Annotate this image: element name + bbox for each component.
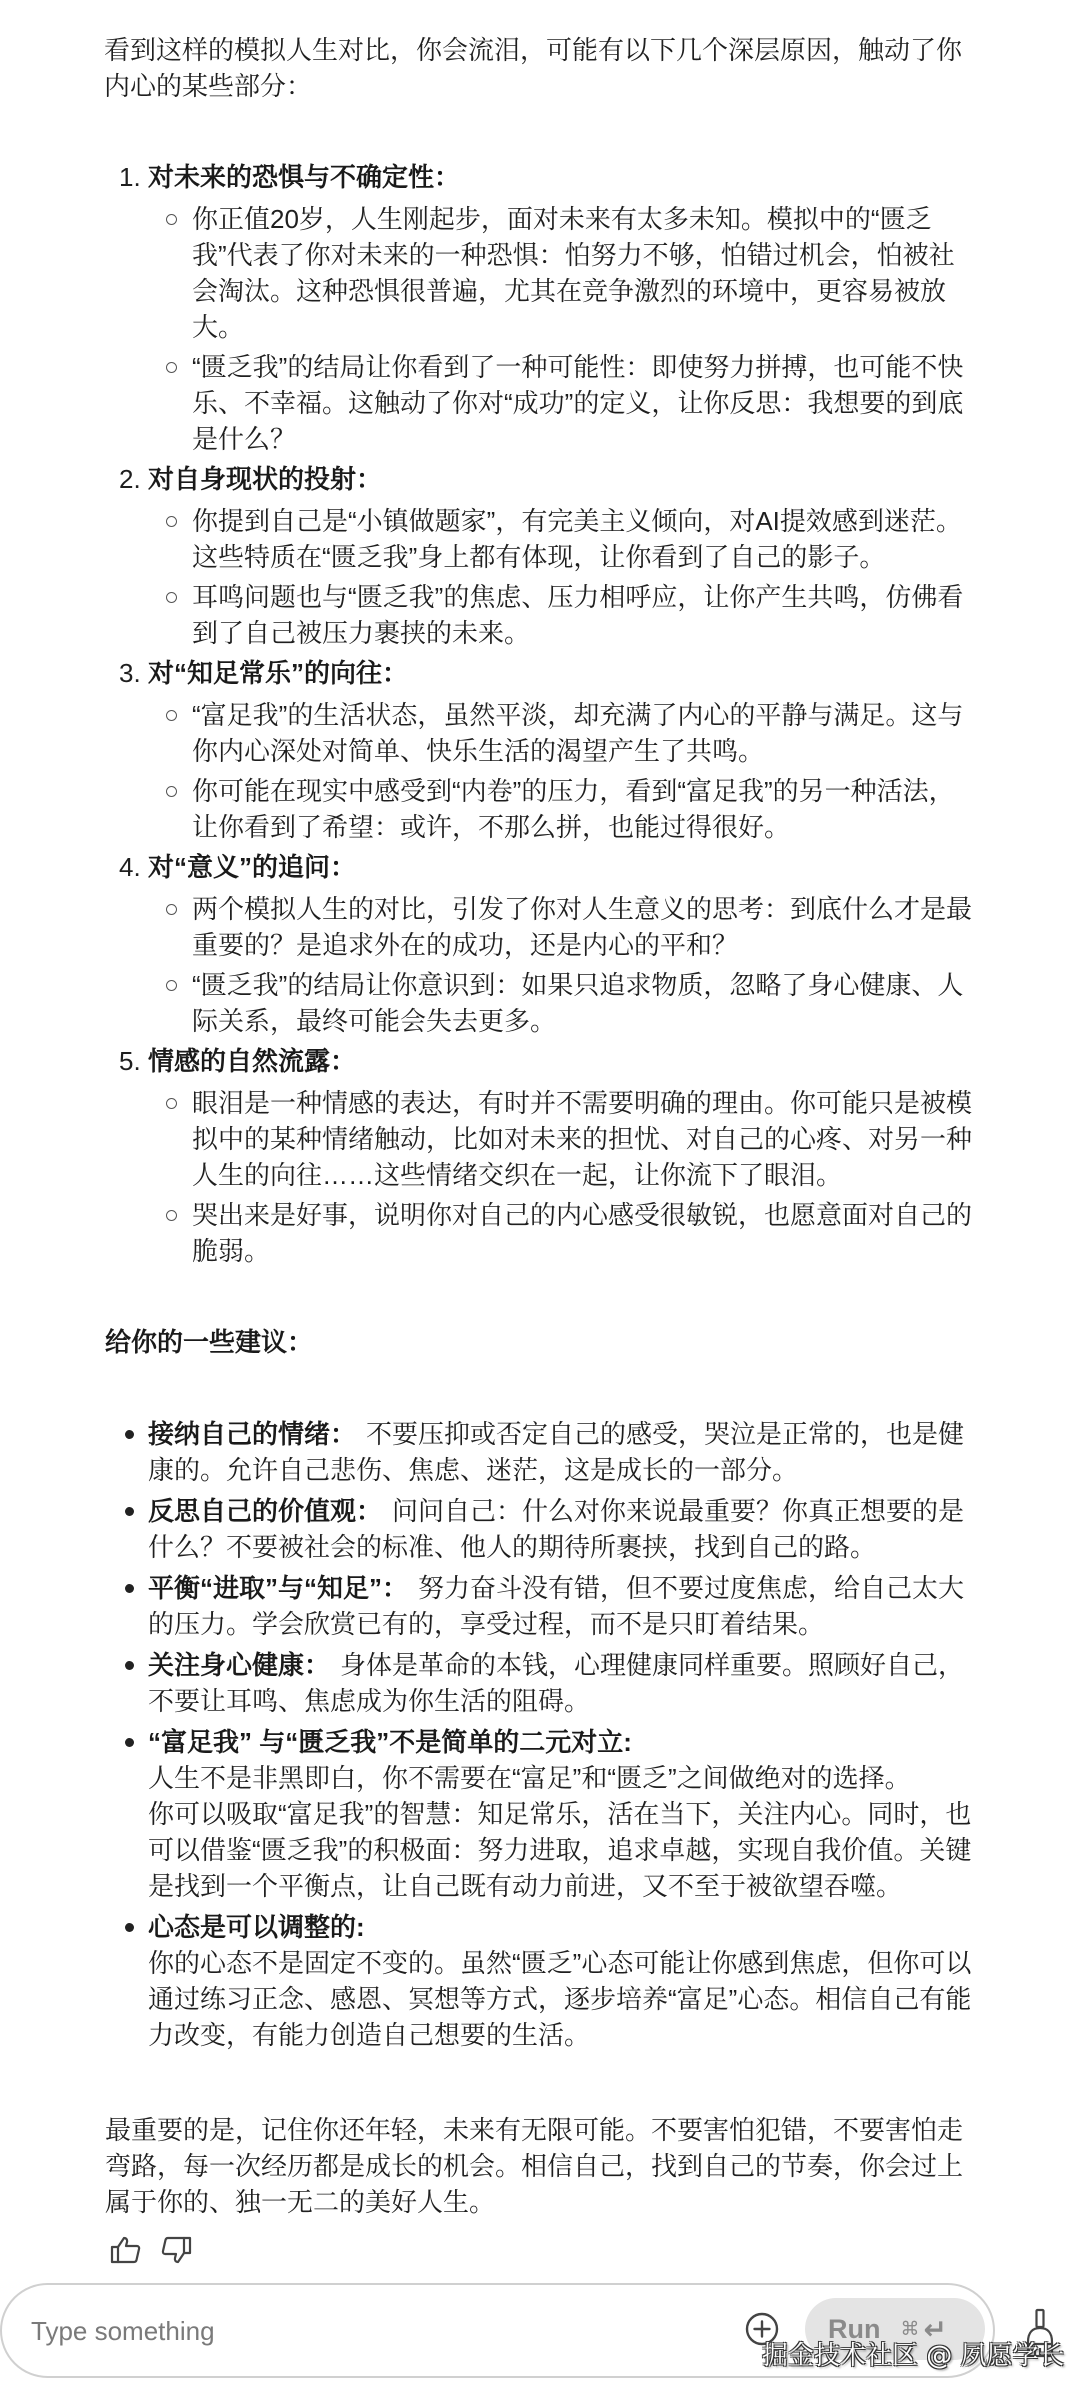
sub-list-item: “富足我”的生活状态，虽然平淡，却充满了内心的平静与满足。这与 你内心深处对简单… — [0, 697, 1080, 769]
bullet-icon — [125, 1584, 134, 1593]
bullet-icon — [125, 1430, 134, 1439]
hollow-bullet-icon — [166, 1098, 177, 1109]
sub-list: 你提到自己是“小镇做题家”，有完美主义倾向，对AI提效感到迷茫。 这些特质在“匮… — [0, 503, 1080, 651]
text-line: 属于你的、独一无二的美好人生。 — [105, 2184, 1080, 2220]
sub-list-item: 你提到自己是“小镇做题家”，有完美主义倾向，对AI提效感到迷茫。 这些特质在“匮… — [0, 503, 1080, 575]
sub-list-item: “匮乏我”的结局让你看到了一种可能性：即使努力拼搏，也可能不快 乐、不幸福。这触… — [0, 349, 1080, 457]
suggestions-list: 接纳自己的情绪：不要压抑或否定自己的感受，哭泣是正常的，也是健 康的。允许自己悲… — [0, 1416, 1080, 2053]
reason-item: 3. 对“知足常乐”的向往： “富足我”的生活状态，虽然平淡，却充满了内心的平静… — [0, 655, 1080, 845]
text-line: 你的心态不是固定不变的。虽然“匮乏”心态可能让你感到焦虑，但你可以 — [148, 1945, 1080, 1981]
suggestion-item: 平衡“进取”与“知足”：努力奋斗没有错，但不要过度焦虑，给自己太大 的压力。学会… — [0, 1570, 1080, 1642]
hollow-bullet-icon — [166, 362, 177, 373]
suggestion-item: 心态是可以调整的: 你的心态不是固定不变的。虽然“匮乏”心态可能让你感到焦虑，但… — [0, 1909, 1080, 2053]
suggestion-label: 平衡“进取”与“知足”： — [148, 1573, 408, 1603]
text-line: 人生不是非黑即白，你不需要在“富足”和“匮乏”之间做绝对的选择。 — [148, 1760, 1080, 1796]
text-line: “匮乏我”的结局让你意识到：如果只追求物质，忽略了身心健康、人 — [192, 967, 1080, 1003]
suggestion-label: 接纳自己的情绪： — [148, 1419, 356, 1449]
sub-list-item: 哭出来是好事，说明你对自己的内心感受很敏锐，也愿意面对自己的 脆弱。 — [0, 1197, 1080, 1269]
list-number: 2. — [119, 461, 141, 497]
text-line: 可以借鉴“匮乏我”的积极面：努力进取，追求卓越，实现自我价值。关键 — [148, 1832, 1080, 1868]
command-key-icon: ⌘ — [900, 2318, 919, 2340]
text-line: 不要压抑或否定自己的感受，哭泣是正常的，也是健 — [366, 1419, 964, 1449]
bullet-icon — [125, 1738, 134, 1747]
reason-title: 对自身现状的投射： — [148, 461, 1080, 497]
reason-item: 2. 对自身现状的投射： 你提到自己是“小镇做题家”，有完美主义倾向，对AI提效… — [0, 461, 1080, 651]
reason-item: 4. 对“意义”的追问： 两个模拟人生的对比，引发了你对人生意义的思考：到底什么… — [0, 849, 1080, 1039]
sub-list-item: “匮乏我”的结局让你意识到：如果只追求物质，忽略了身心健康、人 际关系，最终可能… — [0, 967, 1080, 1039]
enter-key-icon: ↵ — [923, 2313, 946, 2346]
text-line: 通过练习正念、感恩、冥想等方式，逐步培养“富足”心态。相信自己有能 — [148, 1981, 1080, 2017]
sub-list: “富足我”的生活状态，虽然平淡，却充满了内心的平静与满足。这与 你内心深处对简单… — [0, 697, 1080, 845]
hollow-bullet-icon — [166, 214, 177, 225]
reason-title: 对未来的恐惧与不确定性： — [148, 159, 1080, 195]
plus-circle-icon — [745, 2312, 779, 2346]
text-line: 我”代表了你对未来的一种恐惧：怕努力不够，怕错过机会，怕被社 — [192, 237, 1080, 273]
text-line: 你正值20岁，人生刚起步，面对未来有太多未知。模拟中的“匮乏 — [192, 201, 1080, 237]
bullet-icon — [125, 1507, 134, 1516]
text-line: 最重要的是，记住你还年轻，未来有无限可能。不要害怕犯错，不要害怕走 — [105, 2112, 1080, 2148]
sub-list: 两个模拟人生的对比，引发了你对人生意义的思考：到底什么才是最 重要的？是追求外在… — [0, 891, 1080, 1039]
text-line: 看到这样的模拟人生对比，你会流泪，可能有以下几个深层原因，触动了你 — [104, 32, 1080, 68]
suggestion-label: 心态是可以调整的: — [148, 1909, 1070, 1945]
hollow-bullet-icon — [166, 592, 177, 603]
sub-list-item: 你可能在现实中感受到“内卷”的压力，看到“富足我”的另一种活法， 让你看到了希望… — [0, 773, 1080, 845]
hollow-bullet-icon — [166, 786, 177, 797]
text-line: 努力奋斗没有错，但不要过度焦虑，给自己太大 — [418, 1573, 964, 1603]
text-line: 你内心深处对简单、快乐生活的渴望产生了共鸣。 — [192, 733, 1080, 769]
bullet-icon — [125, 1923, 134, 1932]
suggestion-label: 关注身心健康： — [148, 1650, 330, 1680]
text-line: 乐、不幸福。这触动了你对“成功”的定义，让你反思：我想要的到底 — [192, 385, 1080, 421]
run-label: Run — [828, 2314, 880, 2345]
text-line: 康的。允许自己悲伤、焦虑、迷茫，这是成长的一部分。 — [148, 1452, 1080, 1488]
thumbs-up-button[interactable] — [110, 2234, 142, 2266]
bullet-icon — [125, 1661, 134, 1670]
sub-list-item: 两个模拟人生的对比，引发了你对人生意义的思考：到底什么才是最 重要的？是追求外在… — [0, 891, 1080, 963]
text-line: 大。 — [192, 309, 1080, 345]
text-line: 拟中的某种情绪触动，比如对未来的担忧、对自己的心疼、对另一种 — [192, 1121, 1080, 1157]
clear-chat-button[interactable] — [1024, 2308, 1056, 2360]
sub-list: 眼泪是一种情感的表达，有时并不需要明确的理由。你可能只是被模 拟中的某种情绪触动… — [0, 1085, 1080, 1269]
add-attachment-button[interactable] — [745, 2312, 779, 2346]
text-line: “匮乏我”的结局让你看到了一种可能性：即使努力拼搏，也可能不快 — [192, 349, 1080, 385]
reason-title: 对“知足常乐”的向往： — [148, 655, 1080, 691]
text-line: 是什么？ — [192, 421, 1080, 457]
list-number: 4. — [119, 849, 141, 885]
reason-item: 1. 对未来的恐惧与不确定性： 你正值20岁，人生刚起步，面对未来有太多未知。模… — [0, 159, 1080, 457]
reasons-list: 1. 对未来的恐惧与不确定性： 你正值20岁，人生刚起步，面对未来有太多未知。模… — [0, 159, 1080, 1269]
text-line: 两个模拟人生的对比，引发了你对人生意义的思考：到底什么才是最 — [192, 891, 1080, 927]
list-number: 5. — [119, 1043, 141, 1079]
sub-list: 你正值20岁，人生刚起步，面对未来有太多未知。模拟中的“匮乏 我”代表了你对未来… — [0, 201, 1080, 457]
hollow-bullet-icon — [166, 516, 177, 527]
text-line: 你可以吸取“富足我”的智慧：知足常乐，活在当下，关注内心。同时，也 — [148, 1796, 1080, 1832]
list-number: 3. — [119, 655, 141, 691]
text-line: 内心的某些部分： — [104, 68, 1080, 104]
thumbs-down-icon — [160, 2234, 192, 2266]
text-line: 是找到一个平衡点，让自己既有动力前进，又不至于被欲望吞噬。 — [148, 1868, 1080, 1904]
intro-paragraph: 看到这样的模拟人生对比，你会流泪，可能有以下几个深层原因，触动了你 内心的某些部… — [0, 32, 1080, 104]
thumbs-up-icon — [110, 2234, 142, 2266]
suggestion-label: 反思自己的价值观： — [148, 1496, 382, 1526]
run-button[interactable]: Run ⌘ ↵ — [805, 2298, 985, 2360]
suggestion-item: 接纳自己的情绪：不要压抑或否定自己的感受，哭泣是正常的，也是健 康的。允许自己悲… — [0, 1416, 1080, 1488]
text-line: 会淘汰。这种恐惧很普遍，尤其在竞争激烈的环境中，更容易被放 — [192, 273, 1080, 309]
text-line: “富足我”的生活状态，虽然平淡，却充满了内心的平静与满足。这与 — [192, 697, 1080, 733]
sub-list-item: 眼泪是一种情感的表达，有时并不需要明确的理由。你可能只是被模 拟中的某种情绪触动… — [0, 1085, 1080, 1193]
sub-list-item: 你正值20岁，人生刚起步，面对未来有太多未知。模拟中的“匮乏 我”代表了你对未来… — [0, 201, 1080, 345]
text-line: 你可能在现实中感受到“内卷”的压力，看到“富足我”的另一种活法， — [192, 773, 1080, 809]
hollow-bullet-icon — [166, 980, 177, 991]
sub-list-item: 耳鸣问题也与“匮乏我”的焦虑、压力相呼应，让你产生共鸣，仿佛看 到了自己被压力裹… — [0, 579, 1080, 651]
text-line: 问问自己：什么对你来说最重要？你真正想要的是 — [392, 1496, 964, 1526]
hollow-bullet-icon — [166, 710, 177, 721]
text-line: 的压力。学会欣赏已有的，享受过程，而不是只盯着结果。 — [148, 1606, 1080, 1642]
text-line: 弯路，每一次经历都是成长的机会。相信自己，找到自己的节奏，你会过上 — [105, 2148, 1080, 2184]
text-line: 重要的？是追求外在的成功，还是内心的平和？ — [192, 927, 1080, 963]
reason-item: 5. 情感的自然流露： 眼泪是一种情感的表达，有时并不需要明确的理由。你可能只是… — [0, 1043, 1080, 1269]
text-line: 这些特质在“匮乏我”身上都有体现，让你看到了自己的影子。 — [192, 539, 1080, 575]
text-line: 什么？不要被社会的标准、他人的期待所裹挟，找到自己的路。 — [148, 1529, 1080, 1565]
feedback-actions — [110, 2234, 192, 2266]
text-line: 你提到自己是“小镇做题家”，有完美主义倾向，对AI提效感到迷茫。 — [192, 503, 1080, 539]
reason-title: 对“意义”的追问： — [148, 849, 1080, 885]
reason-title: 情感的自然流露： — [148, 1043, 1080, 1079]
suggestion-item: “富足我” 与“匮乏我”不是简单的二元对立: 人生不是非黑即白，你不需要在“富足… — [0, 1724, 1080, 1904]
text-line: 耳鸣问题也与“匮乏我”的焦虑、压力相呼应，让你产生共鸣，仿佛看 — [192, 579, 1080, 615]
text-line: 不要让耳鸣、焦虑成为你生活的阻碍。 — [148, 1683, 1080, 1719]
text-line: 人生的向往……这些情绪交织在一起，让你流下了眼泪。 — [192, 1157, 1080, 1193]
broom-icon — [1024, 2308, 1056, 2360]
text-line: 到了自己被压力裹挟的未来。 — [192, 615, 1080, 651]
list-number: 1. — [119, 159, 141, 195]
text-line: 眼泪是一种情感的表达，有时并不需要明确的理由。你可能只是被模 — [192, 1085, 1080, 1121]
text-line: 际关系，最终可能会失去更多。 — [192, 1003, 1080, 1039]
suggestion-item: 反思自己的价值观：问问自己：什么对你来说最重要？你真正想要的是 什么？不要被社会… — [0, 1493, 1080, 1565]
hollow-bullet-icon — [166, 1210, 177, 1221]
chat-response: 看到这样的模拟人生对比，你会流泪，可能有以下几个深层原因，触动了你 内心的某些部… — [0, 32, 1080, 2220]
text-line: 力改变，有能力创造自己想要的生活。 — [148, 2017, 1080, 2053]
message-input[interactable] — [31, 2313, 731, 2349]
suggestion-label: “富足我” 与“匮乏我”不是简单的二元对立: — [148, 1724, 1070, 1760]
text-line: 让你看到了希望：或许，不那么拼，也能过得很好。 — [192, 809, 1080, 845]
text-line: 身体是革命的本钱，心理健康同样重要。照顾好自己， — [340, 1650, 964, 1680]
closing-paragraph: 最重要的是，记住你还年轻，未来有无限可能。不要害怕犯错，不要害怕走 弯路，每一次… — [0, 2112, 1080, 2220]
hollow-bullet-icon — [166, 904, 177, 915]
suggestion-item: 关注身心健康：身体是革命的本钱，心理健康同样重要。照顾好自己， 不要让耳鸣、焦虑… — [0, 1647, 1080, 1719]
text-line: 脆弱。 — [192, 1233, 1080, 1269]
suggestions-heading: 给你的一些建议： — [0, 1324, 1080, 1360]
thumbs-down-button[interactable] — [160, 2234, 192, 2266]
text-line: 哭出来是好事，说明你对自己的内心感受很敏锐，也愿意面对自己的 — [192, 1197, 1080, 1233]
